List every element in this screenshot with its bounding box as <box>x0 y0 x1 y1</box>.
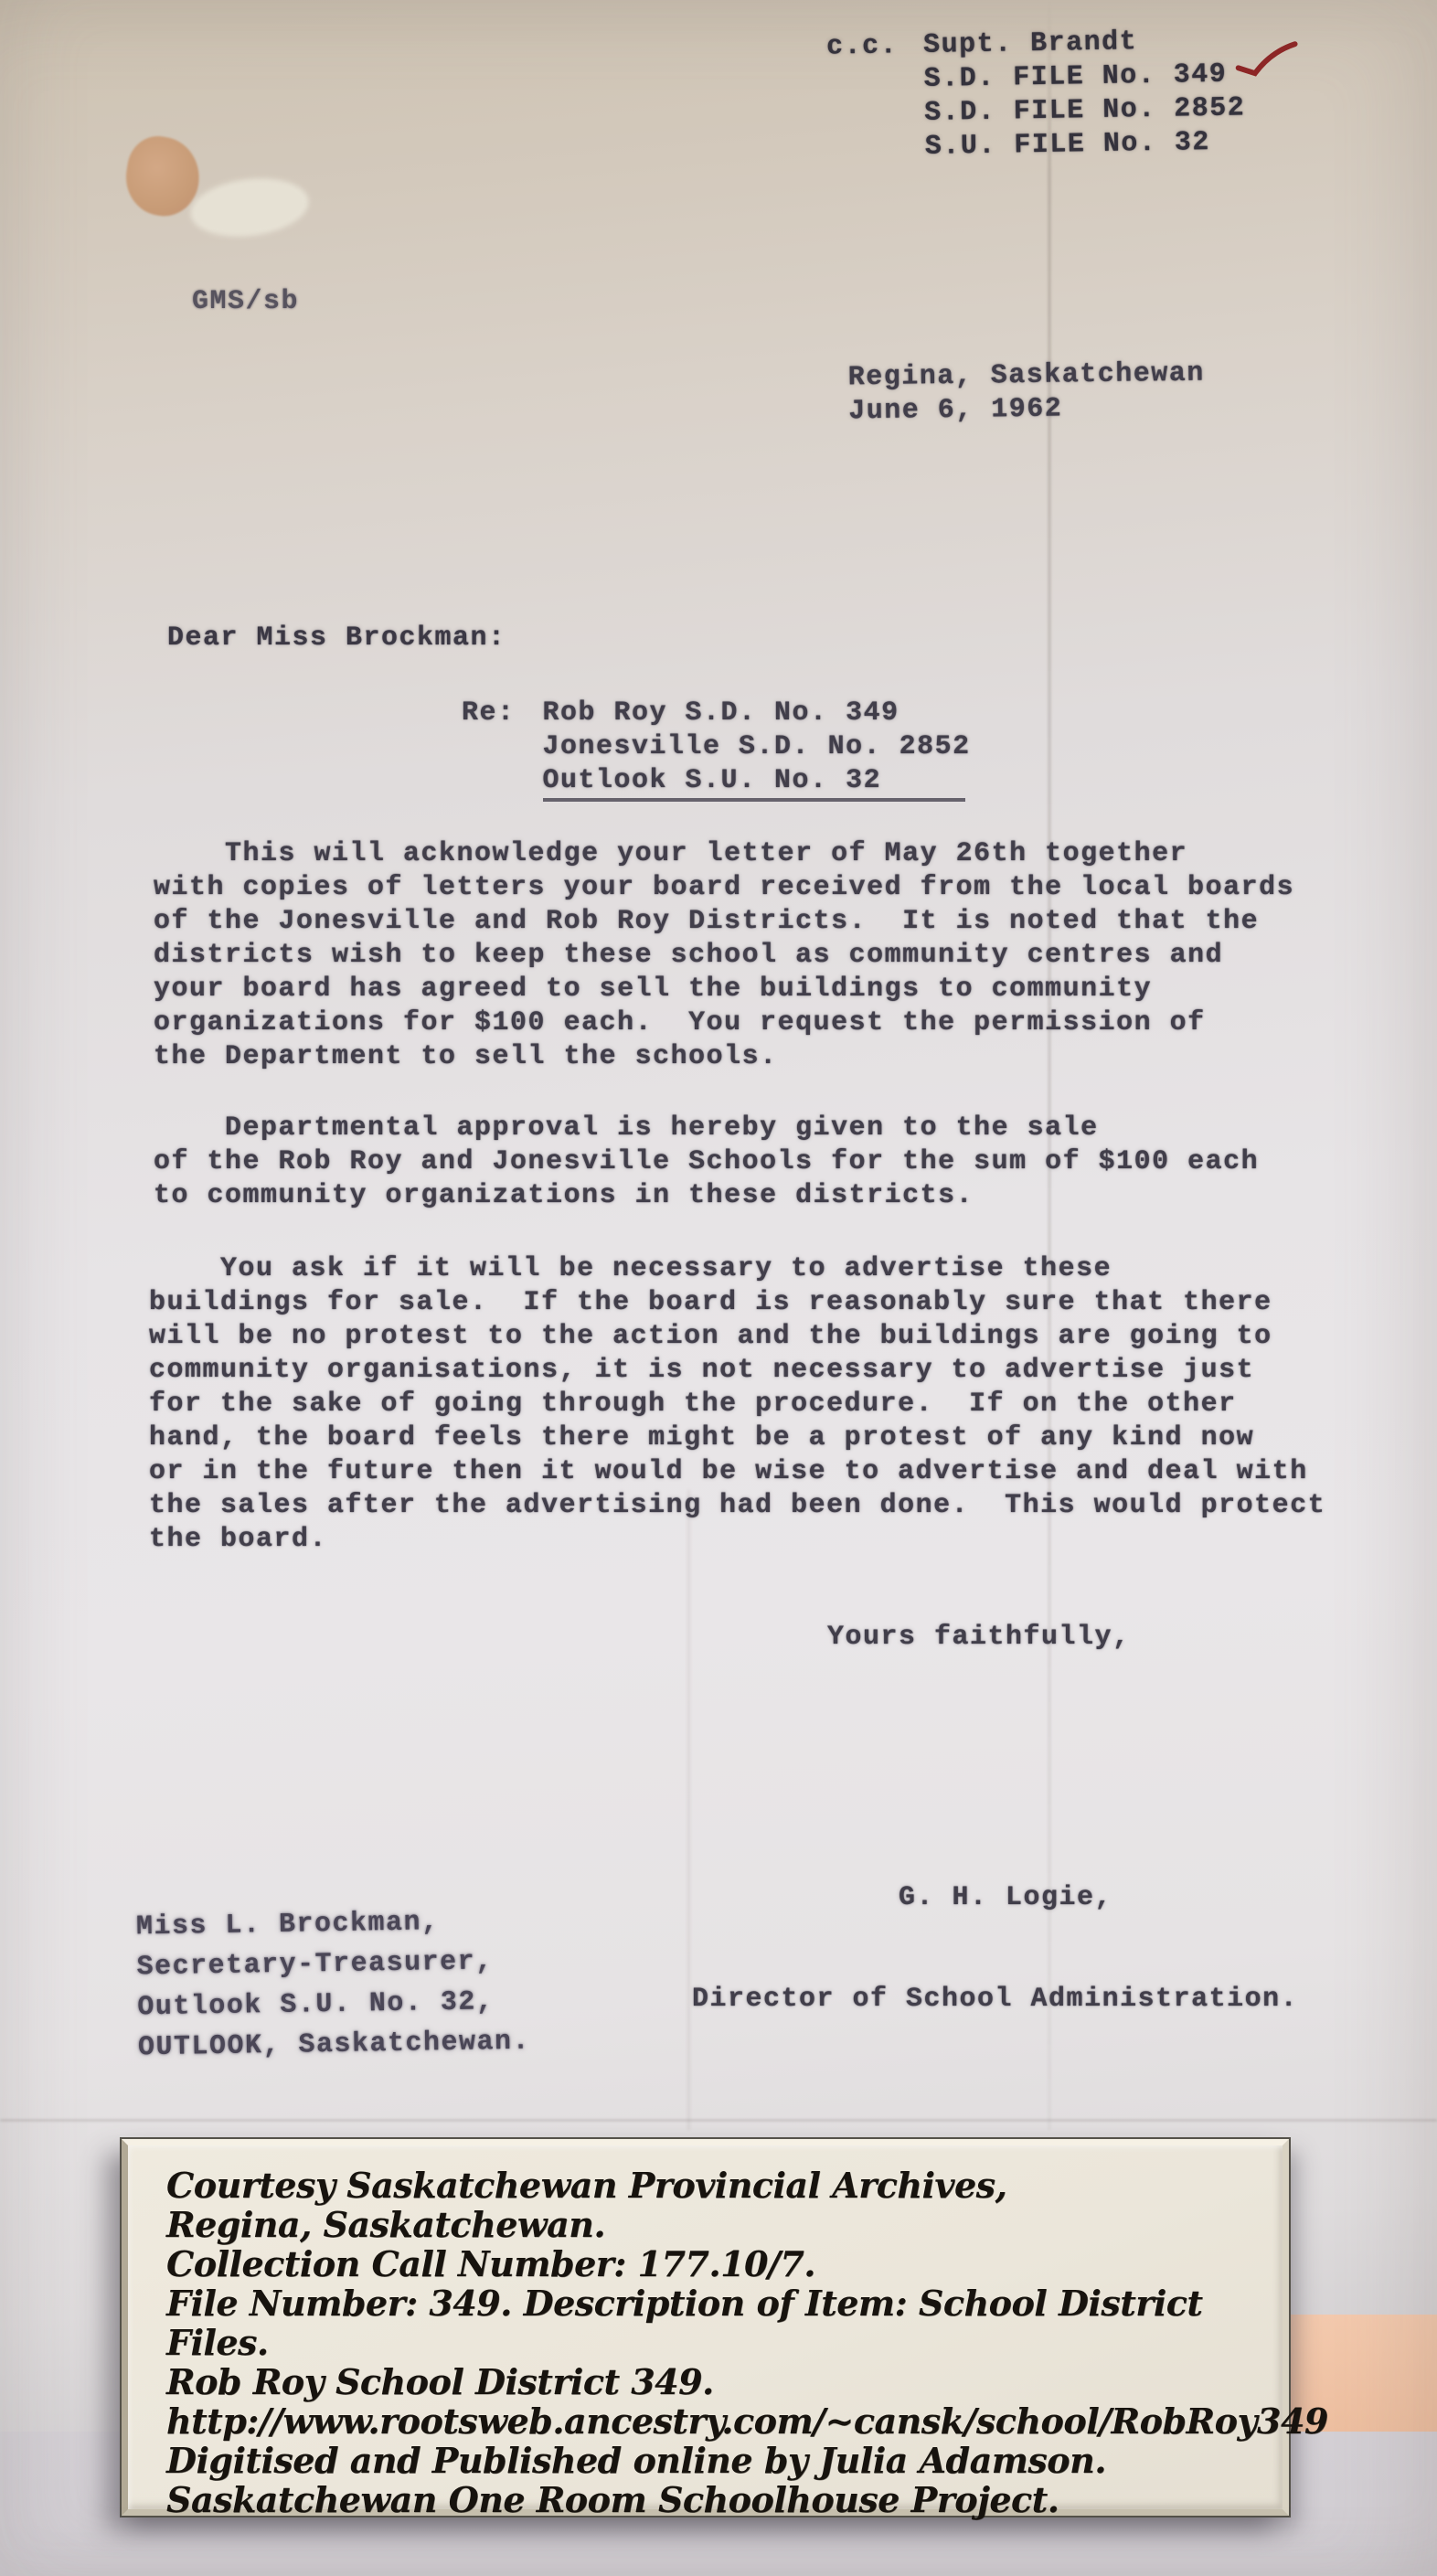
cc-file-lines: Supt. BrandtS.D. FILE No. 349S.D. FILE N… <box>923 24 1246 164</box>
archive-caption-plaque: Courtesy Saskatchewan Provincial Archive… <box>122 2139 1289 2516</box>
body-paragraph-2: Departmental approval is hereby given to… <box>154 1112 1259 1213</box>
cc-label: c.c. <box>826 29 899 165</box>
dateline: Regina, SaskatchewanJune 6, 1962 <box>848 357 1206 430</box>
re-label: Re: <box>462 697 516 802</box>
red-checkmark-icon <box>1230 37 1305 82</box>
recipient-address-block: Miss L. Brockman,Secretary-Treasurer,Out… <box>136 1901 531 2069</box>
body-paragraph-1: This will acknowledge your letter of May… <box>154 837 1294 1074</box>
signature-title: Director of School Administration. <box>692 1983 1298 2017</box>
re-subject-block: Re: Rob Roy S.D. No. 349Jonesville S.D. … <box>462 697 971 802</box>
closing-line: Yours faithfully, <box>827 1621 1131 1655</box>
body-paragraph-3: You ask if it will be necessary to adver… <box>149 1252 1325 1557</box>
tape-residue-light-patch <box>187 172 313 242</box>
salutation: Dear Miss Brockman: <box>167 622 506 655</box>
vertical-crease-faint <box>687 1490 690 2130</box>
cc-block: c.c. Supt. BrandtS.D. FILE No. 349S.D. F… <box>826 24 1246 165</box>
scanned-letter-photo: c.c. Supt. BrandtS.D. FILE No. 349S.D. F… <box>0 0 1437 2576</box>
archive-caption-text: Courtesy Saskatchewan Provincial Archive… <box>166 2166 1254 2519</box>
reference-initials: GMS/sb <box>192 285 299 319</box>
re-subject-lines: Rob Roy S.D. No. 349Jonesville S.D. No. … <box>543 697 971 802</box>
horizontal-fold-crease <box>0 2119 1437 2122</box>
signature-name: G. H. Logie, <box>899 1881 1298 1915</box>
signature-block: G. H. Logie, Director of School Administ… <box>692 1814 1298 2084</box>
